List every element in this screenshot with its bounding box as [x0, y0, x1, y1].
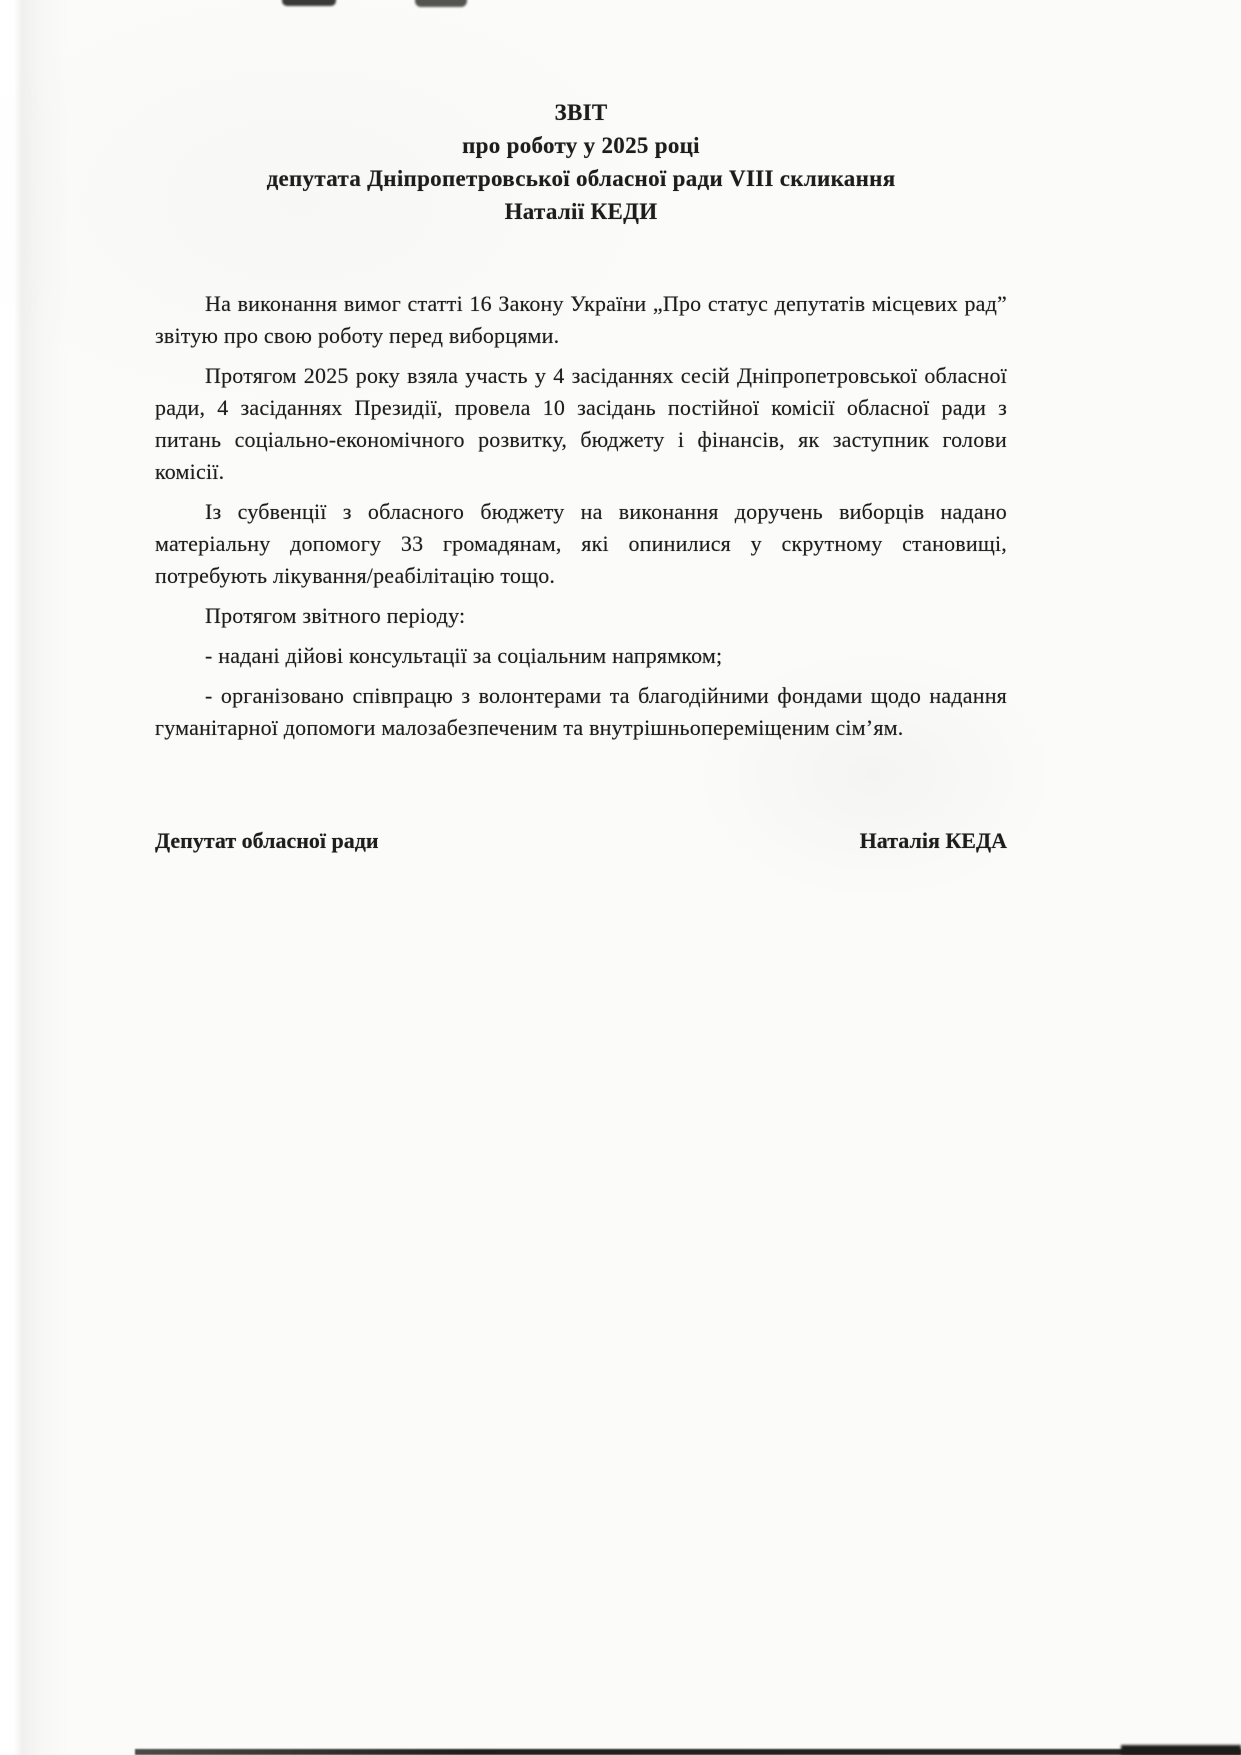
paragraph: На виконання вимог статті 16 Закону Укра… — [155, 288, 1007, 352]
paragraph: Із субвенції з обласного бюджету на вико… — [155, 496, 1007, 592]
signature-position: Депутат обласної ради — [155, 828, 379, 854]
scan-artifact-bottom-corner — [1121, 1745, 1241, 1755]
paragraph: - надані дійові консультації за соціальн… — [155, 640, 1007, 672]
scanned-document-page: ЗВІТ про роботу у 2025 році депутата Дні… — [0, 0, 1241, 1755]
document-content: ЗВІТ про роботу у 2025 році депутата Дні… — [155, 0, 1007, 854]
signature-name: Наталія КЕДА — [860, 828, 1007, 854]
scan-artifact-bottom-edge — [135, 1749, 1241, 1755]
title-line-report: ЗВІТ — [155, 96, 1007, 129]
document-title: ЗВІТ про роботу у 2025 році депутата Дні… — [155, 96, 1007, 228]
document-body: На виконання вимог статті 16 Закону Укра… — [155, 288, 1007, 744]
title-line-deputy: депутата Дніпропетровської обласної ради… — [155, 162, 1007, 195]
signature-row: Депутат обласної ради Наталія КЕДА — [155, 828, 1007, 854]
paragraph: Протягом звітного періоду: — [155, 600, 1007, 632]
title-line-about: про роботу у 2025 році — [155, 129, 1007, 162]
paragraph: - організовано співпрацю з волонтерами т… — [155, 680, 1007, 744]
paragraph: Протягом 2025 року взяла участь у 4 засі… — [155, 360, 1007, 488]
title-line-name: Наталії КЕДИ — [155, 195, 1007, 228]
